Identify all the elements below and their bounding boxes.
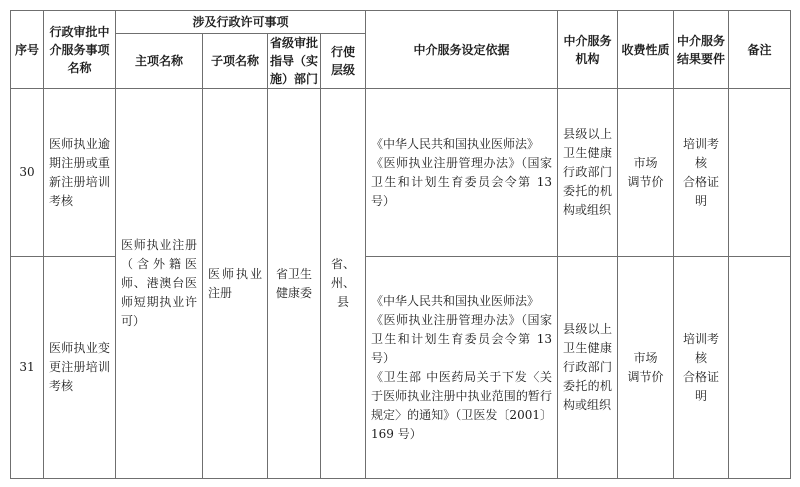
row-31-service-name: 医师执业变更注册培训考核 [44,257,116,479]
row-31-result-requirement: 培训考核 合格证明 [674,257,729,479]
table-row-30: 30 医师执业逾期注册或重新注册培训考核 医师执业注册（含外籍医师、港澳台医师短… [11,89,791,257]
merged-exercise-level: 省、州、 县 [321,89,366,479]
header-result-requirement: 中介服务 结果要件 [674,11,729,89]
header-remarks: 备注 [729,11,791,89]
merged-sub-item: 医师执业注册 [203,89,268,479]
header-row-group: 序号 行政审批中介服务事项名称 涉及行政许可事项 中介服务设定依据 中介服务 机… [11,11,791,34]
row-31-agency: 县级以上卫生健康行政部门委托的机构或组织 [558,257,618,479]
header-fee-nature: 收费性质 [618,11,674,89]
intermediary-services-table: 序号 行政审批中介服务事项名称 涉及行政许可事项 中介服务设定依据 中介服务 机… [10,10,791,479]
header-provincial-dept: 省级审批指导（实施）部门 [268,34,321,89]
row-30-result-requirement: 培训考核 合格证明 [674,89,729,257]
header-main-item: 主项名称 [116,34,203,89]
row-30-seq: 30 [11,89,44,257]
row-30-agency: 县级以上卫生健康行政部门委托的机构或组织 [558,89,618,257]
row-30-basis: 《中华人民共和国执业医师法》 《医师执业注册管理办法》（国家卫生和计划生育委员会… [366,89,558,257]
header-service-name: 行政审批中介服务事项名称 [44,11,116,89]
row-30-service-name: 医师执业逾期注册或重新注册培训考核 [44,89,116,257]
merged-main-item: 医师执业注册（含外籍医师、港澳台医师短期执业许可） [116,89,203,479]
row-31-seq: 31 [11,257,44,479]
header-exercise-level: 行使 层级 [321,34,366,89]
row-31-basis: 《中华人民共和国执业医师法》 《医师执业注册管理办法》（国家卫生和计划生育委员会… [366,257,558,479]
row-31-fee-nature: 市场 调节价 [618,257,674,479]
row-31-remarks [729,257,791,479]
row-30-remarks [729,89,791,257]
header-seq: 序号 [11,11,44,89]
row-30-fee-nature: 市场 调节价 [618,89,674,257]
header-licensing-group: 涉及行政许可事项 [116,11,366,34]
header-agency: 中介服务 机构 [558,11,618,89]
header-basis: 中介服务设定依据 [366,11,558,89]
merged-provincial-dept: 省卫生 健康委 [268,89,321,479]
header-sub-item: 子项名称 [203,34,268,89]
